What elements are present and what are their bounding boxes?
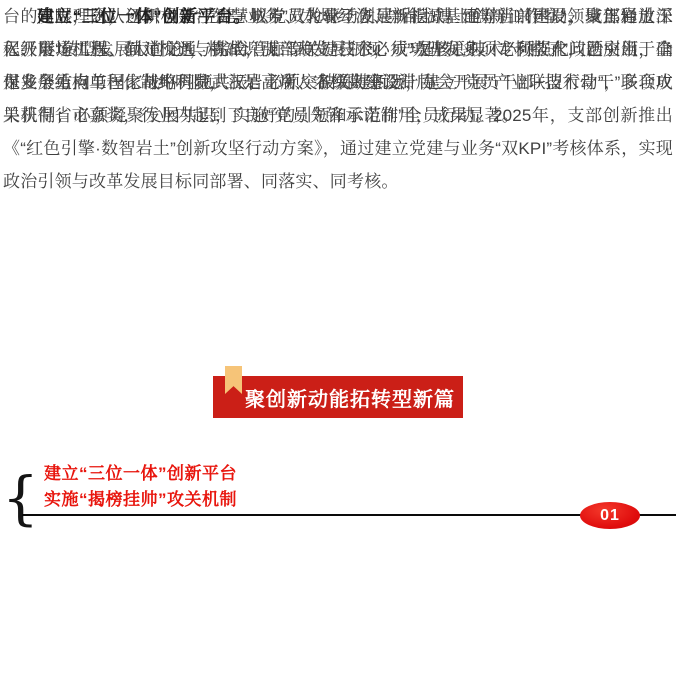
brace-decoration: { xyxy=(2,458,39,538)
section-number-badge: 01 xyxy=(580,502,640,529)
section-heading-line1: 建立“三位一体”创新平台 xyxy=(44,461,237,487)
section-number-label: 01 xyxy=(600,507,620,525)
divider-line xyxy=(22,514,676,516)
paragraph-lead-bold: 建立“三位一体”创新平台。 xyxy=(37,7,251,26)
paragraph-innovation-platform: 建立“三位一体”创新平台。以党员为骨干创建“岩土博士创新工作室”，聚焦岩土工程、… xyxy=(3,0,673,132)
section-banner-title: 聚创新动能拓转型新篇 xyxy=(213,376,463,418)
section-heading: 建立“三位一体”创新平台 实施“揭榜挂帅”攻关机制 xyxy=(44,461,237,513)
section-banner: 聚创新动能拓转型新篇 xyxy=(213,376,463,418)
section-heading-line2: 实施“揭榜挂帅”攻关机制 xyxy=(44,487,237,513)
article-page: 台的发展理念，创新构建“党建+业务”双轮驱动发展新模式。面对当前困局，支部通过深… xyxy=(0,0,676,681)
